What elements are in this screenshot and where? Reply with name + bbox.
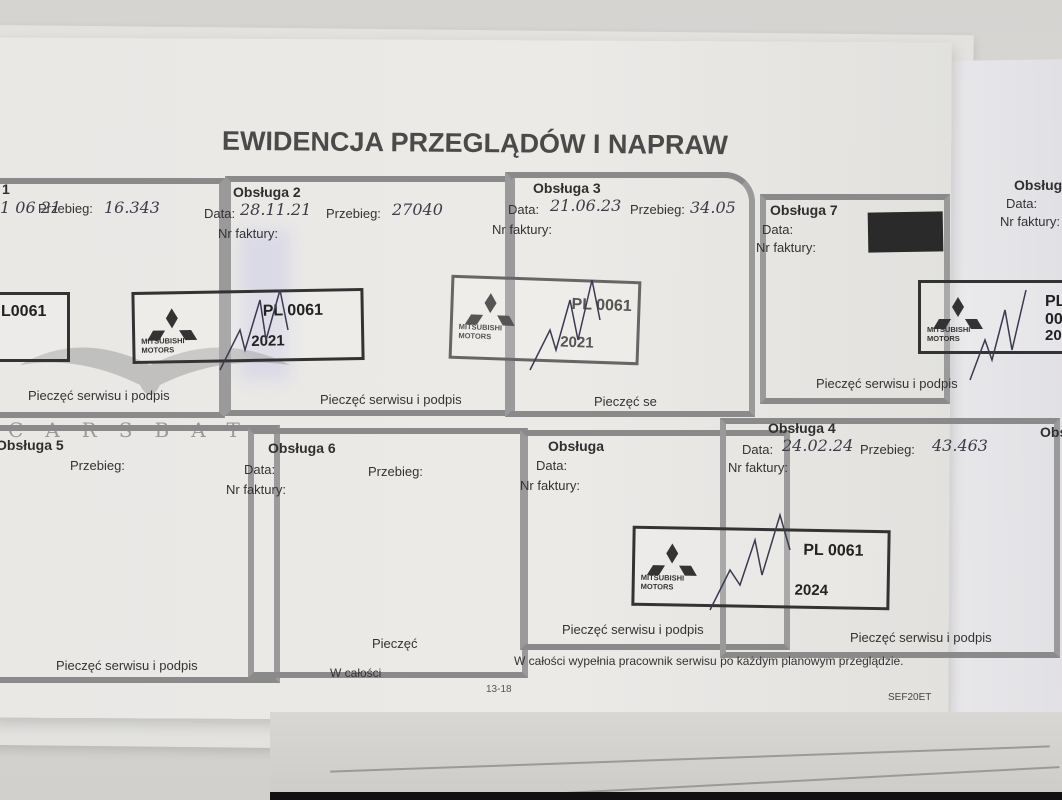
service-3-mileage-value: 34.05 [690,198,736,217]
service-5-mileage-label: Przebieg: [70,458,125,473]
stamp-dealer-code: PL 0061 [1045,293,1062,329]
service-2-stamp-label: Pieczęć serwisu i podpis [320,392,462,407]
service-2-mileage-label: Przebieg: [326,206,381,221]
service-6-mileage-label: Przebieg: [368,464,423,479]
service-4-title: Obsługa 4 [768,420,836,436]
service-7-title: Obsługa 7 [770,202,838,218]
page-number: 13-18 [486,684,512,695]
stamp-brand: MITSUBISHIMOTORS [927,325,970,343]
service-4-stamp-label: Pieczęć serwisu i podpis [850,630,992,645]
dealer-stamp: MITSUBISHIMOTORS PL 0061 2021 [131,288,364,364]
stamp-dealer-code: PL 0061 [571,296,632,316]
service-7-invoice-label: Nr faktury: [756,240,816,255]
table-edge [270,792,1062,800]
page-tab-marker [868,211,944,252]
service-7-stamp-label: Pieczęć serwisu i podpis [816,376,958,391]
service-right-date-label: Data: [1006,196,1037,211]
service-6-title: Obsługa 6 [268,440,336,456]
stamp-brand: MITSUBISHIMOTORS [458,322,502,342]
service-2-date-label: Data: [204,206,235,221]
service-right-title: Obsługa [1014,177,1062,193]
service-8-invoice-label: Nr faktury: [520,478,580,493]
service-3-date-label: Data: [508,202,539,217]
stamp-brand: MITSUBISHIMOTORS [141,336,185,355]
dealer-stamp: L0061 [0,292,70,362]
service-right-invoice-label: Nr faktury: [1000,214,1060,229]
service-1-stamp-label: Pieczęć serwisu i podpis [28,388,170,403]
service-2-invoice-label: Nr faktury: [218,226,278,241]
service-4-mileage-label: Przebieg: [860,442,915,457]
stamp-year: 2024 [794,582,828,600]
stamp-year: 2021 [251,332,285,350]
stamp-year: 2021 [560,334,594,352]
stamp-dealer-code: PL 0061 [263,302,324,321]
stamp-year: 2021 [1045,327,1062,344]
document-code: SEF20ET [888,692,931,703]
service-5-title: Obsługa 5 [0,437,64,453]
service-7-date-label: Data: [762,222,793,237]
service-6-invoice-label: Nr faktury: [226,482,286,497]
service-5-stamp-label: Pieczęć serwisu i podpis [56,658,198,673]
stamp-brand: MITSUBISHIMOTORS [641,573,685,592]
service-6-stamp-label: Pieczęć [372,636,418,651]
service-3-title: Obsługa 3 [533,180,601,196]
service-4-date-value: 24.02.24 [782,436,853,455]
service-2-mileage-value: 27040 [392,200,443,219]
service-3-mileage-label: Przebieg: [630,202,685,217]
service-1-mileage-value: 16.343 [104,198,160,217]
service-3-invoice-label: Nr faktury: [492,222,552,237]
service-3-stamp-label: Pieczęć se [594,394,657,409]
dealer-stamp: MITSUBISHIMOTORS PL 0061 2021 [449,275,642,366]
footer-note: W całości wypełnia pracownik serwisu po … [514,654,904,668]
service-3-date-value: 21.06.23 [550,196,621,215]
page-title: EWIDENCJA PRZEGLĄDÓW I NAPRAW [222,126,728,161]
lower-pages-stack [270,712,1062,792]
stamp-dealer-code: PL 0061 [803,542,864,561]
service-box-5 [0,425,280,683]
dealer-stamp: MITSUBISHIMOTORS PL 0061 2024 [631,526,890,610]
service-2-date-value: 28.11.21 [240,200,311,219]
service-4-date-label: Data: [742,442,773,457]
service-2-title: Obsługa 2 [233,184,301,200]
service-8-title: Obsługa [548,438,604,454]
service-8-stamp-label: Pieczęć serwisu i podpis [562,622,704,637]
service-1-mileage-label: Przebieg: [38,201,93,216]
service-4-invoice-label: Nr faktury: [728,460,788,475]
service-8-date-label: Data: [536,458,567,473]
dealer-stamp: MITSUBISHIMOTORS PL 0061 2021 [918,280,1062,354]
service-1-title: 1 [2,181,10,197]
footer-note-partial: W całości [330,666,381,680]
stamp-dealer-code: L0061 [1,303,46,321]
service-4-mileage-value: 43.463 [932,436,988,455]
service-6-date-label: Data: [244,462,275,477]
service-right-2-title: Obsługa [1040,424,1062,440]
